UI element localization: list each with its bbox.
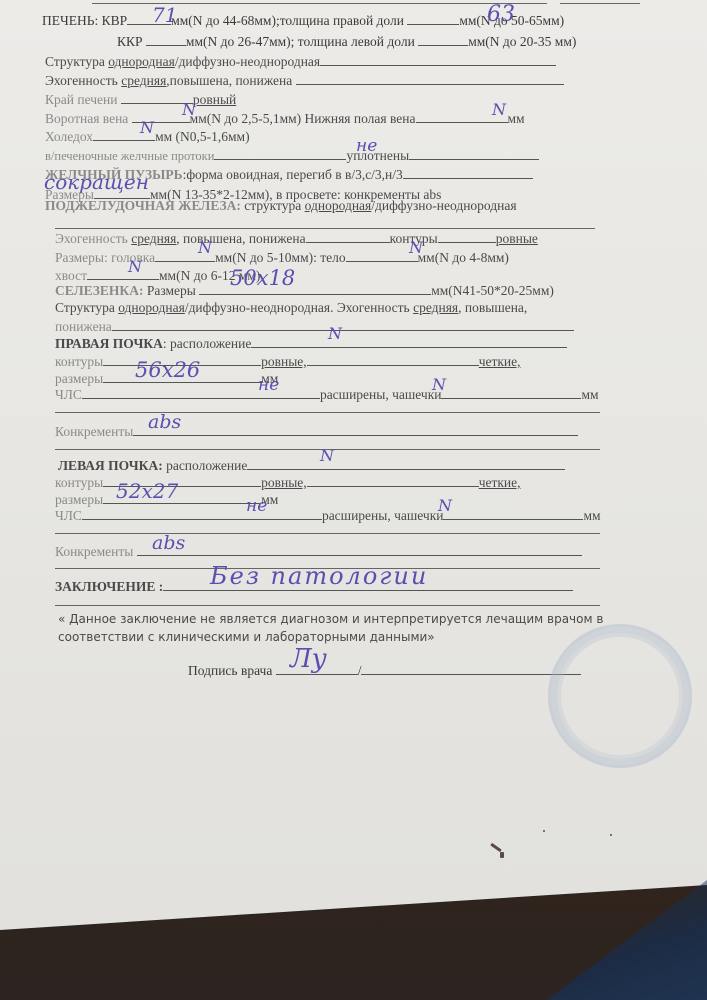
gallbladder-shape-field[interactable] bbox=[403, 166, 533, 179]
liver-structure-row: Структура однородная/диффузно-неоднородн… bbox=[45, 53, 556, 70]
conclusion-value: Без патологии bbox=[210, 562, 428, 590]
left-kidney-contour-label: контуры bbox=[55, 475, 103, 490]
pancreas-echo-row: Эхогенность средняя, повышена, пониженак… bbox=[55, 230, 538, 247]
signature-row: Подпись врача / bbox=[188, 662, 581, 679]
left-kidney-stones-field[interactable] bbox=[137, 543, 582, 556]
pancreas-structure-row: ПОДЖЕЛУДОЧНАЯ ЖЕЛЕЗА: структура однородн… bbox=[45, 198, 517, 214]
portal-value: N bbox=[182, 100, 196, 119]
spleen-size-row: СЕЛЕЗЕНКА: Размеры мм(N41-50*20-25мм) bbox=[55, 282, 554, 299]
spleen-label: СЕЛЕЗЕНКА: bbox=[55, 283, 143, 298]
conclusion-label: ЗАКЛЮЧЕНИЕ : bbox=[55, 579, 163, 594]
intrahepatic-ducts-row: в/печеночные желчные протокиуплотнены bbox=[45, 147, 539, 164]
kkr-norm: мм(N до 26-47мм); толщина левой доли bbox=[186, 34, 415, 49]
pancreas-head-value: N bbox=[198, 238, 212, 257]
gallbladder-shape: :форма овоидная, перегиб в в/3,с/3,н/3 bbox=[183, 167, 403, 182]
pancreas-head-row: Размеры: головкамм(N до 5-10мм): теломм(… bbox=[55, 249, 509, 266]
right-kidney-contour-smooth[interactable]: ровные, bbox=[261, 354, 307, 369]
liver-kvr-row: ПЕЧЕНЬ: КВРмм(N до 44-68мм);толщина прав… bbox=[42, 12, 564, 29]
ink-speck-2 bbox=[500, 852, 504, 858]
right-kidney-contour-field-2[interactable] bbox=[307, 353, 479, 366]
left-kidney-blank-line[interactable] bbox=[55, 533, 600, 534]
left-kidney-position-label: расположение bbox=[166, 458, 247, 473]
pancreas-tail-value: N bbox=[128, 257, 142, 276]
left-kidney-contour-field-2[interactable] bbox=[307, 474, 479, 487]
left-kidney-calyx-value: N bbox=[438, 496, 452, 515]
left-kidney-pcs-label: ЧЛС bbox=[55, 508, 82, 523]
right-kidney-blank-line[interactable] bbox=[55, 412, 600, 413]
ink-speck-3 bbox=[543, 830, 545, 832]
right-kidney-position-row: ПРАВАЯ ПОЧКА: расположение bbox=[55, 335, 567, 352]
pancreas-contour-value: ровные bbox=[496, 231, 538, 246]
right-kidney-size-value: 56х26 bbox=[135, 358, 200, 382]
signature-label: Подпись врача bbox=[188, 663, 272, 678]
left-lobe-norm: мм(N до 20-35 мм) bbox=[468, 34, 576, 49]
left-kidney-calyx-field[interactable] bbox=[443, 507, 583, 520]
pancreas-blank-line[interactable] bbox=[55, 228, 595, 229]
right-kidney-stones-value: abs bbox=[148, 411, 181, 433]
echo-option-medium[interactable]: средняя bbox=[121, 73, 166, 88]
spleen-echo-row2: понижена bbox=[55, 318, 574, 335]
pancreas-head-norm: мм(N до 5-10мм): тело bbox=[215, 250, 346, 265]
spleen-structure-rest: /диффузно-неоднородная. Эхогенность bbox=[185, 300, 410, 315]
ink-speck-4 bbox=[610, 834, 612, 836]
pancreas-echo-label: Эхогенность bbox=[55, 231, 128, 246]
echo-options-rest: ,повышена, понижена bbox=[166, 73, 292, 88]
pancreas-echo-field[interactable] bbox=[306, 230, 390, 243]
right-kidney-calyx-unit: мм bbox=[581, 387, 598, 402]
kvr-norm: мм(N до 44-68мм);толщина правой доли bbox=[171, 13, 404, 28]
spleen-size-label: Размеры bbox=[147, 283, 196, 298]
ducts-extra-field[interactable] bbox=[409, 147, 539, 160]
ducts-label: в/печеночные желчные протоки bbox=[45, 149, 214, 163]
right-kidney-size-label: размеры bbox=[55, 371, 103, 386]
ducts-value: не bbox=[356, 136, 377, 156]
spleen-echo-field[interactable] bbox=[112, 318, 574, 331]
disclaimer-line-2: соответствии с клиническими и лабораторн… bbox=[58, 630, 435, 644]
right-kidney-calyx-field[interactable] bbox=[441, 386, 581, 399]
right-kidney-pcs-label: ЧЛС bbox=[55, 387, 82, 402]
pancreas-contour-field[interactable] bbox=[438, 230, 496, 243]
ducts-field[interactable] bbox=[214, 147, 346, 160]
right-kidney-pcs-text: расширены, чашечки bbox=[320, 387, 442, 402]
left-kidney-stones-value: abs bbox=[152, 532, 185, 554]
liver-label: ПЕЧЕНЬ: bbox=[42, 13, 98, 28]
right-kidney-label: ПРАВАЯ ПОЧКА bbox=[55, 336, 163, 351]
spleen-echo-rest: , повышена, bbox=[458, 300, 527, 315]
spleen-size-norm: мм(N41-50*20-25мм) bbox=[431, 283, 554, 298]
portal-vein-row: Воротная вена мм(N до 2,5-5,1мм) Нижняя … bbox=[45, 110, 525, 127]
choledoch-norm: мм (N0,5-1,6мм) bbox=[155, 129, 250, 144]
spleen-echo-low: понижена bbox=[55, 319, 112, 334]
structure-field[interactable] bbox=[320, 53, 556, 66]
pancreas-tail-field[interactable] bbox=[87, 267, 159, 280]
kkr-label: ККР bbox=[117, 34, 143, 49]
structure-option-homogeneous[interactable]: однородная bbox=[108, 54, 175, 69]
left-kidney-label: ЛЕВАЯ ПОЧКА: bbox=[58, 458, 163, 473]
pancreas-body-norm: мм(N до 4-8мм) bbox=[418, 250, 509, 265]
left-kidney-pcs-text: расширены, чашечки bbox=[322, 508, 444, 523]
left-lobe-field[interactable] bbox=[418, 33, 468, 46]
right-lobe-field[interactable] bbox=[407, 12, 459, 25]
left-kidney-pcs-field[interactable] bbox=[82, 507, 322, 520]
left-kidney-contour-clear[interactable]: четкие, bbox=[479, 475, 521, 490]
spleen-structure-row: Структура однородная/диффузно-неоднородн… bbox=[55, 300, 527, 316]
conclusion-blank-line[interactable] bbox=[55, 605, 600, 606]
spleen-size-value: 50х18 bbox=[230, 266, 295, 290]
right-kidney-contour-row: контурыровные,четкие, bbox=[55, 353, 521, 370]
pancreas-structure-homogeneous[interactable]: однородная bbox=[305, 198, 372, 213]
pancreas-structure-label: структура bbox=[244, 198, 301, 213]
echo-label: Эхогенность bbox=[45, 73, 118, 88]
portal-label: Воротная вена bbox=[45, 111, 128, 126]
echo-field[interactable] bbox=[296, 72, 564, 85]
ivc-value: N bbox=[492, 100, 506, 119]
right-kidney-stones-row: Конкременты bbox=[55, 423, 578, 440]
left-kidney-stones-label: Конкременты bbox=[55, 544, 133, 559]
liver-kkr-row: ККР мм(N до 26-47мм); толщина левой доли… bbox=[117, 33, 576, 50]
kkr-field[interactable] bbox=[146, 33, 186, 46]
kvr-label: КВР bbox=[102, 13, 128, 28]
left-kidney-size-value: 52х27 bbox=[116, 479, 178, 503]
left-kidney-size-label: размеры bbox=[55, 492, 103, 507]
right-kidney-position-label: : расположение bbox=[163, 336, 251, 351]
ivc-unit: мм bbox=[508, 111, 525, 126]
left-kidney-contour-smooth[interactable]: ровные, bbox=[261, 475, 307, 490]
portal-norm: мм(N до 2,5-5,1мм) Нижняя полая вена bbox=[190, 111, 416, 126]
right-kidney-pcs-value: не bbox=[258, 375, 279, 395]
liver-echo-row: Эхогенность средняя,повышена, понижена bbox=[45, 72, 564, 89]
right-kidney-pcs-row: ЧЛСрасширены, чашечкимм bbox=[55, 386, 599, 403]
left-kidney-pcs-row: ЧЛСрасширены, чашечкимм bbox=[55, 507, 601, 524]
spleen-echo-medium[interactable]: средняя bbox=[413, 300, 458, 315]
left-kidney-position-row: ЛЕВАЯ ПОЧКА: расположение bbox=[58, 457, 565, 474]
left-kidney-stones-row: Конкременты bbox=[55, 543, 582, 560]
right-kidney-contour-clear[interactable]: четкие, bbox=[479, 354, 521, 369]
structure-options-rest: /диффузно-неоднородная bbox=[175, 54, 320, 69]
right-kidney-stones-label: Конкременты bbox=[55, 424, 133, 439]
structure-label: Структура bbox=[45, 54, 105, 69]
pancreas-tail-label: хвост bbox=[55, 268, 87, 283]
doctor-signature: Лу bbox=[290, 644, 327, 674]
right-kidney-position-field[interactable] bbox=[251, 335, 567, 348]
left-kidney-calyx-unit: мм bbox=[583, 508, 600, 523]
edge-label: Край печени bbox=[45, 92, 117, 107]
right-kidney-contour-label: контуры bbox=[55, 354, 103, 369]
right-lobe-value: 63 bbox=[487, 2, 515, 27]
liver-edge-row: Край печени ровный bbox=[45, 91, 236, 108]
edge-value: ровный bbox=[193, 92, 236, 107]
pancreas-echo-medium[interactable]: средняя bbox=[131, 231, 176, 246]
pancreas-label: ПОДЖЕЛУДОЧНАЯ ЖЕЛЕЗА: bbox=[45, 198, 241, 213]
right-kidney-position-value: N bbox=[328, 324, 342, 343]
pancreas-body-value: N bbox=[409, 238, 423, 257]
pancreas-echo-rest: , повышена, понижена bbox=[176, 231, 305, 246]
pancreas-structure-rest: /диффузно-неоднородная bbox=[371, 198, 516, 213]
spleen-structure-homogeneous[interactable]: однородная bbox=[118, 300, 185, 315]
gallbladder-size-value: сокращен bbox=[44, 170, 149, 194]
left-kidney-position-field[interactable] bbox=[247, 457, 565, 470]
choledoch-value: N bbox=[140, 118, 154, 137]
kvr-value: 71 bbox=[152, 3, 177, 27]
disclaimer-line-1: « Данное заключение не является диагнозо… bbox=[58, 612, 603, 626]
spleen-structure-label: Структура bbox=[55, 300, 115, 315]
stamp-seal bbox=[548, 624, 692, 768]
left-kidney-pcs-value: не bbox=[246, 496, 267, 516]
choledoch-label: Холедох bbox=[45, 129, 93, 144]
right-kidney-stones-field[interactable] bbox=[133, 423, 578, 436]
signature-name-field[interactable] bbox=[361, 662, 581, 675]
left-kidney-position-value: N bbox=[320, 446, 334, 465]
right-kidney-calyx-value: N bbox=[432, 375, 446, 394]
pancreas-body-field[interactable] bbox=[346, 249, 418, 262]
top-cutoff-rule-2 bbox=[560, 3, 640, 4]
right-kidney-pcs-field[interactable] bbox=[82, 386, 320, 399]
